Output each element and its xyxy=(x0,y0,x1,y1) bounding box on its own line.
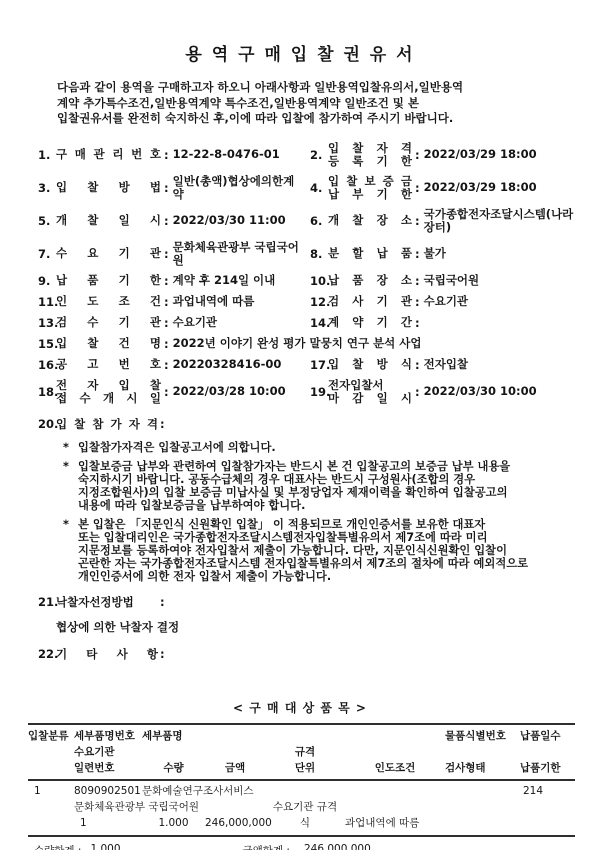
section-21-header: 21. 낙찰자선정방법 : xyxy=(38,594,600,610)
field-number: 15. xyxy=(38,337,56,351)
bullet-list: * 입찰참가자격은 입찰공고서에 의합니다. * 입찰보증금 납부와 관련하여 … xyxy=(63,441,573,583)
field-value: 일반(총액)협상에의한계 약 xyxy=(173,175,295,201)
th-detail-item-number: 세부품명번호 xyxy=(74,728,142,744)
field-value: 2022/03/30 11:00 xyxy=(173,214,286,227)
field-number: 19. xyxy=(310,385,328,399)
field-row: 14. 계 약 기 간 : xyxy=(305,316,600,330)
table-header-row-1: 입찰분류 세부품명번호 세부품명 물품식별번호 납품일수 xyxy=(28,728,575,744)
field-value: 과업내역에 따름 xyxy=(173,295,255,308)
field-value: 2022/03/29 18:00 xyxy=(424,181,537,194)
field-row: 13. 검 수 기 관 : 수요기관 xyxy=(0,316,305,330)
bullet-marker: * xyxy=(63,460,78,512)
field-value: 20220328416-00 xyxy=(173,358,282,371)
field-value: 계약 후 214일 이내 xyxy=(173,274,276,287)
field-row: 9. 납 품 기 한 : 계약 후 214일 이내 xyxy=(0,274,305,288)
purchase-table-head: 입찰분류 세부품명번호 세부품명 물품식별번호 납품일수 수요기관 규격 일련번… xyxy=(28,723,575,781)
cell-amount: 246,000,000 xyxy=(205,815,265,831)
section-20-header: 20. 입 찰 참 가 자 격 : xyxy=(38,416,600,432)
field-row: 4. 입 찰 보 증 금 납 부 기 한 : 2022/03/29 18:00 xyxy=(305,175,600,201)
field-colon: : xyxy=(164,181,169,195)
field-number: 14. xyxy=(310,316,328,330)
field-row: 6. 개 찰 장 소 : 국가종합전자조달시스템(나라 장터) xyxy=(305,208,600,234)
cell-delivery-terms: 과업내역에 따름 xyxy=(345,815,445,831)
th-detail-item-name: 세부품명 xyxy=(142,728,445,744)
amount-total-value: 246,000,000 xyxy=(304,843,371,850)
field-number: 16. xyxy=(38,358,56,372)
field-label: 입 찰 방 식 xyxy=(328,358,412,371)
field-row: 16. 공 고 번 호 : 20220328416-00 xyxy=(0,358,305,372)
section-22-header: 22. 기 타 사 항 : xyxy=(38,646,600,662)
th-spec: 규격 xyxy=(265,744,345,760)
th-inspection-type: 검사형태 xyxy=(445,760,520,776)
bullet-marker: * xyxy=(63,441,78,454)
cell-demand-agency: 문화체육관광부 국립국어원 xyxy=(74,799,205,815)
field-colon: : xyxy=(164,247,169,261)
field-label: 개 찰 일 시 xyxy=(56,214,161,227)
field-row: 15. 입 찰 건 명 : 2022년 이야기 완성 평가 말뭉치 연구 분석 … xyxy=(0,337,600,351)
th-unit: 단위 xyxy=(265,760,345,776)
field-colon: : xyxy=(415,316,420,330)
field-value: 불가 xyxy=(424,247,446,260)
field-number: 3. xyxy=(38,181,56,195)
field-label: 공 고 번 호 xyxy=(56,358,161,371)
section-colon: : xyxy=(160,595,165,609)
field-value: 2022/03/28 10:00 xyxy=(173,385,286,398)
section-label: 기 타 사 항 xyxy=(56,646,158,662)
field-label: 인 도 조 건 xyxy=(56,295,161,308)
bullet-item: * 입찰참가자격은 입찰공고서에 의합니다. xyxy=(63,441,573,454)
field-colon: : xyxy=(415,274,420,288)
field-row: 19. 전자입찰서 마 감 일 시 : 2022/03/30 10:00 xyxy=(305,379,600,405)
field-label: 입 찰 방 법 xyxy=(56,181,161,194)
th-delivery-days: 납품일수 xyxy=(520,728,575,744)
cell-delivery-days: 214 xyxy=(520,783,575,799)
cell-spec: 수요기관 규격 xyxy=(265,799,345,815)
cell-quantity: 1.000 xyxy=(142,815,205,831)
field-label: 납 품 장 소 xyxy=(328,274,412,287)
field-value: 국가종합전자조달시스템(나라 장터) xyxy=(424,208,574,234)
section-label: 낙찰자선정방법 xyxy=(56,594,158,610)
bullet-item: * 입찰보증금 납부와 관련하여 입찰참가자는 반드시 본 건 입찰공고의 보증… xyxy=(63,460,573,512)
field-number: 9. xyxy=(38,274,56,288)
field-label: 입 찰 보 증 금 납 부 기 한 xyxy=(328,175,412,201)
field-label: 전자입찰서 마 감 일 시 xyxy=(328,379,412,405)
quantity-total-value: 1.000 xyxy=(90,843,120,850)
th-product-id-number: 물품식별번호 xyxy=(445,728,520,744)
field-value: 국립국어원 xyxy=(424,274,480,287)
field-label: 입 찰 자 격 등 록 기 한 xyxy=(328,142,412,168)
bullet-item: * 본 입찰은 「지문인식 신원확인 입찰」 이 적용되므로 개인인증서를 보유… xyxy=(63,518,573,583)
section-label: 입 찰 참 가 자 격 xyxy=(56,416,158,432)
document-page: 용 역 구 매 입 찰 권 유 서 다음과 같이 용역을 구매하고자 하오니 아… xyxy=(0,0,600,850)
field-label: 전 자 입 찰 접 수 개 시 일 xyxy=(56,379,161,405)
field-label: 수 요 기 관 xyxy=(56,247,161,260)
field-label: 검 수 기 관 xyxy=(56,316,161,329)
field-row: 8. 분 할 납 품 : 불가 xyxy=(305,241,600,267)
th-bid-category: 입찰분류 xyxy=(28,728,74,744)
field-value: 수요기관 xyxy=(424,295,468,308)
field-number: 12. xyxy=(310,295,328,309)
field-number: 5. xyxy=(38,214,56,228)
bullet-text: 입찰보증금 납부와 관련하여 입찰참가자는 반드시 본 건 입찰공고의 보증금 … xyxy=(78,460,510,512)
field-row: 10. 납 품 장 소 : 국립국어원 xyxy=(305,274,600,288)
intro-paragraph: 다음과 같이 용역을 구매하고자 하오니 아래사항과 일반용역입찰유의서,일반용… xyxy=(57,80,562,127)
field-row: 2. 입 찰 자 격 등 록 기 한 : 2022/03/29 18:00 xyxy=(305,142,600,168)
field-number: 2. xyxy=(310,148,328,162)
document-title: 용 역 구 매 입 찰 권 유 서 xyxy=(0,40,600,65)
table-header-row-2: 수요기관 규격 xyxy=(28,744,575,760)
th-delivery-deadline: 납품기한 xyxy=(520,760,575,776)
field-value: 2022/03/29 18:00 xyxy=(424,148,537,161)
field-value: 문화체육관광부 국립국어 원 xyxy=(173,241,299,267)
field-colon: : xyxy=(164,214,169,228)
field-value: 2022년 이야기 완성 평가 말뭉치 연구 분석 사업 xyxy=(173,337,422,350)
fields-grid: 1. 구 매 관 리 번 호 : 12-22-8-0476-01 2. 입 찰 … xyxy=(0,142,600,405)
field-label: 계 약 기 간 xyxy=(328,316,412,329)
cell-detail-item-number: 8090902501 xyxy=(74,783,142,799)
field-row: 18. 전 자 입 찰 접 수 개 시 일 : 2022/03/28 10:00 xyxy=(0,379,305,405)
field-number: 4. xyxy=(310,181,328,195)
section-number: 22. xyxy=(38,647,56,661)
purchase-table-title: < 구 매 대 상 품 목 > xyxy=(0,699,600,716)
field-colon: : xyxy=(415,214,420,228)
field-colon: : xyxy=(415,247,420,261)
field-number: 8. xyxy=(310,247,328,261)
field-colon: : xyxy=(164,337,169,351)
field-number: 13. xyxy=(38,316,56,330)
field-row: 17. 입 찰 방 식 : 전자입찰 xyxy=(305,358,600,372)
table-header-row-3: 일련번호 수량 금액 단위 인도조건 검사형태 납품기한 xyxy=(28,760,575,776)
field-label: 개 찰 장 소 xyxy=(328,214,412,227)
field-value: 12-22-8-0476-01 xyxy=(173,148,280,161)
cell-serial-number: 1 xyxy=(74,815,142,831)
bullet-text: 본 입찰은 「지문인식 신원확인 입찰」 이 적용되므로 개인인증서를 보유한 … xyxy=(78,518,528,583)
section-colon: : xyxy=(160,647,165,661)
bullet-marker: * xyxy=(63,518,78,583)
th-quantity: 수량 xyxy=(142,760,205,776)
field-number: 7. xyxy=(38,247,56,261)
item-row-line-2: 문화체육관광부 국립국어원 수요기관 규격 xyxy=(28,799,575,815)
field-label: 구 매 관 리 번 호 xyxy=(56,148,161,161)
field-label: 검 사 기 관 xyxy=(328,295,412,308)
field-colon: : xyxy=(415,358,420,372)
table-totals-row: 수량합계 : 1.000 금액합계 : 246,000,000 xyxy=(28,835,575,850)
section-number: 21. xyxy=(38,595,56,609)
amount-total-label: 금액합계 : xyxy=(243,843,290,850)
award-method-text: 협상에 의한 낙찰자 결정 xyxy=(56,619,600,635)
field-colon: : xyxy=(415,181,420,195)
field-row: 12. 검 사 기 관 : 수요기관 xyxy=(305,295,600,309)
field-value: 수요기관 xyxy=(173,316,217,329)
bullet-text: 입찰참가자격은 입찰공고서에 의합니다. xyxy=(78,441,276,454)
th-serial-number: 일련번호 xyxy=(74,760,142,776)
field-label: 입 찰 건 명 xyxy=(56,337,161,350)
th-demand-agency: 수요기관 xyxy=(74,744,142,760)
field-value: 전자입찰 xyxy=(424,358,468,371)
field-colon: : xyxy=(164,385,169,399)
field-colon: : xyxy=(164,358,169,372)
cell-unit: 식 xyxy=(265,815,345,831)
section-colon: : xyxy=(160,417,165,431)
th-amount: 금액 xyxy=(205,760,265,776)
field-value: 2022/03/30 10:00 xyxy=(424,385,537,398)
field-row: 3. 입 찰 방 법 : 일반(총액)협상에의한계 약 xyxy=(0,175,305,201)
field-label: 분 할 납 품 xyxy=(328,247,412,260)
section-number: 20. xyxy=(38,417,56,431)
cell-detail-item-name: 문화예술연구조사서비스 xyxy=(142,783,445,799)
item-row-line-1: 1 8090902501 문화예술연구조사서비스 214 xyxy=(28,783,575,799)
purchase-table: 입찰분류 세부품명번호 세부품명 물품식별번호 납품일수 수요기관 규격 일련번… xyxy=(28,723,575,850)
field-colon: : xyxy=(415,385,420,399)
quantity-total-label: 수량합계 : xyxy=(34,843,81,850)
field-number: 6. xyxy=(310,214,328,228)
field-row: 1. 구 매 관 리 번 호 : 12-22-8-0476-01 xyxy=(0,142,305,168)
field-number: 18. xyxy=(38,385,56,399)
field-row: 7. 수 요 기 관 : 문화체육관광부 국립국어 원 xyxy=(0,241,305,267)
field-colon: : xyxy=(415,295,420,309)
cell-bid-category: 1 xyxy=(28,783,74,799)
field-row: 5. 개 찰 일 시 : 2022/03/30 11:00 xyxy=(0,208,305,234)
field-colon: : xyxy=(164,295,169,309)
purchase-table-body: 1 8090902501 문화예술연구조사서비스 214 문화체육관광부 국립국… xyxy=(28,781,575,835)
field-colon: : xyxy=(164,148,169,162)
field-row: 11. 인 도 조 건 : 과업내역에 따름 xyxy=(0,295,305,309)
field-number: 1. xyxy=(38,148,56,162)
field-number: 10. xyxy=(310,274,328,288)
field-colon: : xyxy=(415,148,420,162)
field-number: 17. xyxy=(310,358,328,372)
field-number: 11. xyxy=(38,295,56,309)
th-delivery-terms: 인도조건 xyxy=(345,760,445,776)
item-row-line-3: 1 1.000 246,000,000 식 과업내역에 따름 xyxy=(28,815,575,831)
field-colon: : xyxy=(164,316,169,330)
field-colon: : xyxy=(164,274,169,288)
field-label: 납 품 기 한 xyxy=(56,274,161,287)
